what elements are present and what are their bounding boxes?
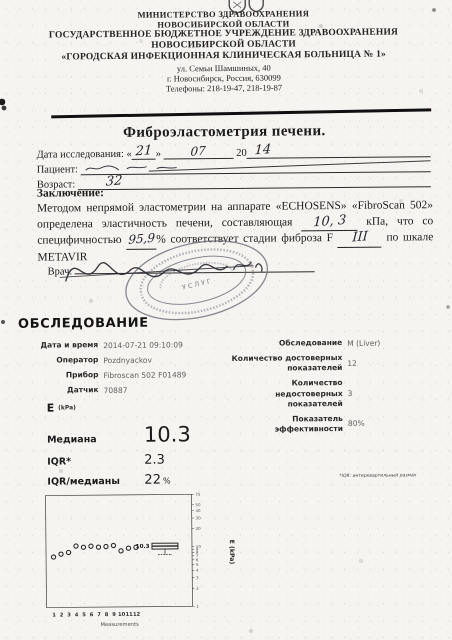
exam-value: 12: [347, 359, 357, 368]
exam-value: 2014-07-21 09:10:09: [103, 340, 183, 350]
iqr-label: IQR*: [47, 456, 144, 468]
y-tick-label: 4: [196, 568, 199, 573]
measurement-point: [104, 544, 108, 548]
y-tick-label: 5: [196, 562, 199, 567]
x-tick-label: 4: [75, 612, 79, 618]
x-tick-label: 3: [67, 612, 71, 618]
header-divider: [51, 108, 431, 118]
date-month-blank: 07: [164, 146, 234, 160]
y-tick-label: 3: [196, 575, 199, 580]
x-tick-label: 12: [133, 612, 141, 618]
fibrosis-stage-handwritten: III: [352, 232, 368, 243]
elasticity-chart-canvas: 12345678910203040507512345678910111210.3…: [31, 490, 250, 640]
exam-row: Прибор Fibroscan 502 F01489: [18, 369, 226, 381]
conclusion-label: Заключение:: [37, 184, 433, 199]
x-tick-label: 9: [112, 612, 116, 618]
e-symbol: E: [47, 402, 55, 415]
elasticity-chart: 12345678910203040507512345678910111210.3…: [31, 490, 250, 640]
measurement-point: [66, 550, 70, 554]
x-tick-label: 6: [90, 612, 94, 618]
exam-value: 80%: [348, 419, 365, 428]
patient-label: Пациент:: [37, 164, 78, 175]
iqr-median-value: 22: [144, 473, 161, 488]
date-day-handwritten: 21: [135, 146, 152, 157]
y-tick-label: 2: [196, 586, 199, 591]
measurement-point: [111, 543, 115, 547]
exam-label: Количество достоверных показателей: [226, 353, 342, 374]
exam-row: Обследование M (Liver): [226, 337, 442, 349]
y-tick-label: 20: [196, 526, 202, 531]
exam-label: Показатель эффективности: [227, 414, 343, 435]
iqr-median-unit: %: [163, 476, 171, 485]
scan-noise: [0, 0, 2, 2]
y-tick-label: 10: [196, 544, 202, 549]
exam-label: Датчик: [19, 385, 99, 396]
measurement-point: [74, 544, 78, 548]
measurement-point: [96, 545, 100, 549]
elasticity-blank: 10, 3: [301, 214, 357, 231]
x-axis-label: Measurements: [100, 622, 139, 628]
exam-row: Количество недостоверных показателей 3: [227, 377, 443, 409]
y-axis-label: E (kPa): [228, 540, 235, 565]
iqr-median-row: IQR/медианы 22 %: [47, 472, 191, 488]
y-tick-label: 30: [196, 515, 202, 520]
exam-section-title: ОБСЛЕДОВАНИЕ: [18, 313, 442, 332]
century-prefix: 20: [236, 148, 247, 159]
exam-value: 70887: [104, 386, 128, 395]
e-unit: (kPa): [58, 404, 76, 411]
x-tick-label: 5: [82, 612, 86, 618]
exam-row: Датчик 70887: [19, 384, 227, 396]
y-tick-label: 75: [195, 492, 201, 497]
iqr-value: 2.3: [144, 453, 165, 468]
median-label: Медиана: [47, 434, 144, 446]
measurement-point: [89, 544, 93, 548]
exam-value: 3: [348, 389, 353, 398]
document-title: Фиброэластометрия печени.: [0, 122, 450, 143]
doctor-signature: [57, 240, 268, 304]
median-value: 10.3: [144, 422, 191, 446]
exam-row: Показатель эффективности 80%: [227, 413, 443, 435]
elasticity-value-handwritten: 10, 3: [313, 215, 347, 228]
exam-value: Fibroscan 502 F01489: [103, 370, 186, 380]
y-tick-label: 50: [195, 502, 201, 507]
iqr-median-label: IQR/медианы: [47, 476, 144, 488]
date-year-handwritten: 14: [254, 145, 271, 156]
exam-value: M (Liver): [347, 338, 380, 347]
fibrosis-stage-blank: III: [338, 231, 382, 248]
scanned-report-page: МИНИСТЕРСТВО ЗДРАВООХРАНЕНИЯ НОВОСИБИРСК…: [0, 0, 452, 640]
x-tick-label: 8: [105, 612, 109, 618]
exam-row: Дата и время 2014-07-21 09:10:09: [18, 339, 226, 351]
y-tick-label: 1: [196, 604, 199, 609]
results-section: E (kPa) Медиана 10.3 IQR* 2.3 IQR/медиан…: [47, 400, 192, 488]
measurement-point: [119, 549, 123, 553]
exam-label: Прибор: [18, 370, 98, 381]
exam-right-column: Обследование M (Liver) Количество достов…: [226, 337, 443, 440]
measurement-point: [51, 555, 55, 559]
date-day-blank: 21: [132, 147, 156, 160]
patient-name-scribble: [83, 161, 193, 174]
measurement-point: [126, 546, 130, 550]
median-annotation: 10.3: [136, 544, 150, 550]
exam-value: Pozdnyackov: [103, 355, 152, 364]
iqr-footnote: *IQR: интерквартильный размах: [339, 473, 416, 479]
y-tick-label: 40: [195, 508, 201, 513]
measurement-point: [59, 552, 63, 556]
x-tick-label: 7: [97, 612, 101, 618]
exam-row: Количество достоверных показателей 12: [226, 352, 442, 374]
median-row: Медиана 10.3: [47, 422, 191, 447]
x-tick-label: 2: [60, 612, 64, 618]
x-tick-label: 1: [52, 612, 56, 618]
date-year-blank: 14: [247, 144, 431, 159]
exam-label: Количество недостоверных показателей: [227, 378, 343, 409]
exam-label: Обследование: [226, 338, 342, 349]
letterhead: МИНИСТЕРСТВО ЗДРАВООХРАНЕНИЯ НОВОСИБИРСК…: [0, 7, 450, 95]
e-kpa-header: E (kPa): [47, 400, 191, 414]
exam-row: Оператор Pozdnyackov: [18, 354, 226, 366]
date-label: Дата исследования:: [37, 149, 124, 161]
exam-label: Дата и время: [18, 340, 98, 351]
date-month-handwritten: 07: [191, 146, 207, 157]
quote: »: [156, 149, 161, 160]
iqr-row: IQR* 2.3: [47, 452, 191, 468]
exam-label: Оператор: [18, 355, 98, 366]
measurement-point: [81, 545, 85, 549]
